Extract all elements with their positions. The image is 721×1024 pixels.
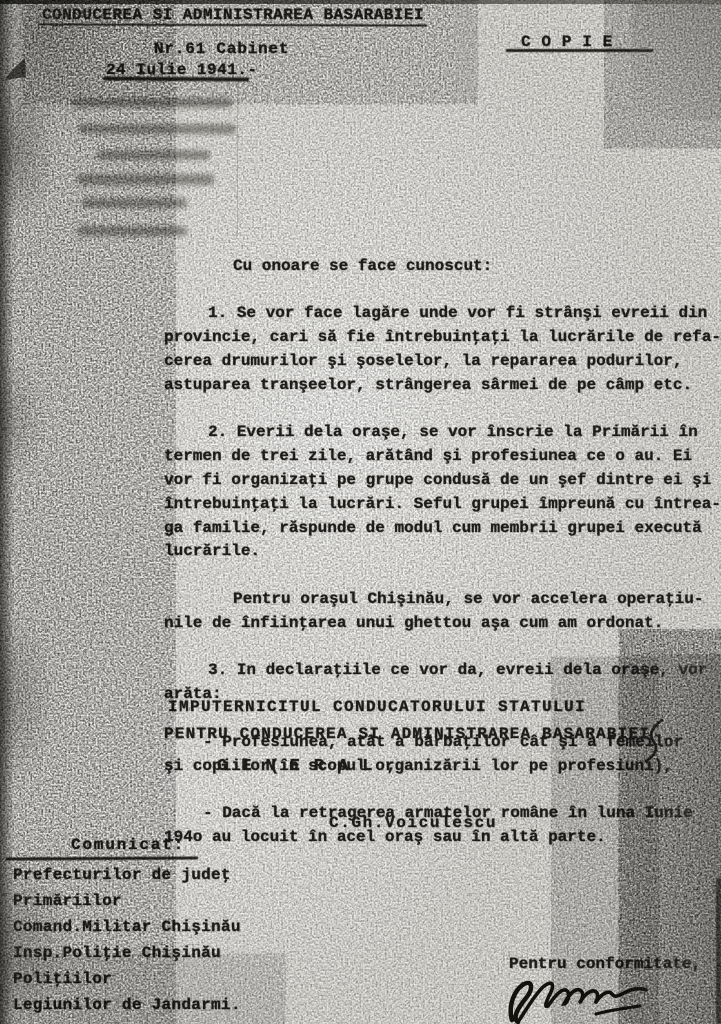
scan-edge-right	[716, 878, 721, 1024]
scan-edge-left	[0, 0, 14, 1024]
reference-number: Nr.61 Cabinet	[154, 40, 289, 58]
letterhead-title: CONDUCEREA SI ADMINISTRAREA BASARABIEI	[42, 6, 424, 24]
paragraph-1: 1. Se vor face lagăre unde vor fi strânş…	[164, 302, 721, 397]
signatory-title-line-1: IMPUTERNICITUL CONDUCATORULUI STATULUI	[168, 698, 586, 716]
scan-corner-bottom-right	[611, 654, 721, 1024]
letterhead-underline	[39, 23, 427, 26]
recipient-row: Poliţiilor	[13, 966, 241, 992]
scanned-letter-page: CONDUCEREA SI ADMINISTRAREA BASARABIEI N…	[0, 0, 721, 1024]
distribution-label: Comunicat:	[71, 836, 185, 854]
date-underline	[103, 76, 249, 81]
recipient-row: Legiunilor de Jandarmi.	[13, 992, 241, 1018]
signatory-title-line-2: PENTRU CONDUCEREA SI ADMINISTRAREA BASAR…	[164, 725, 650, 743]
signatory-name: C.Gh.Voiculescu	[329, 814, 497, 832]
scan-corner-top-right	[631, 0, 721, 120]
scan-edge-top	[0, 0, 721, 4]
paragraph-3: Pentru oraşul Chişinău, se vor accelera …	[164, 588, 721, 636]
faded-ghost-text	[70, 98, 250, 243]
signatory-rank: G E N E R A L ,	[217, 757, 399, 776]
recipient-row: Insp.Poliţie Chişinău	[13, 940, 241, 966]
paper-seam	[237, 86, 238, 236]
paragraph-2: 2. Everii dela oraşe, se vor înscrie la …	[164, 421, 721, 564]
recipient-row: Prefecturilor de judeţ	[13, 862, 241, 888]
recipient-row: Comand.Militar Chişinău	[13, 914, 241, 940]
body-salutation: Cu onoare se face cunoscut:	[164, 255, 721, 279]
recipient-row: Primăriilor	[13, 888, 241, 914]
